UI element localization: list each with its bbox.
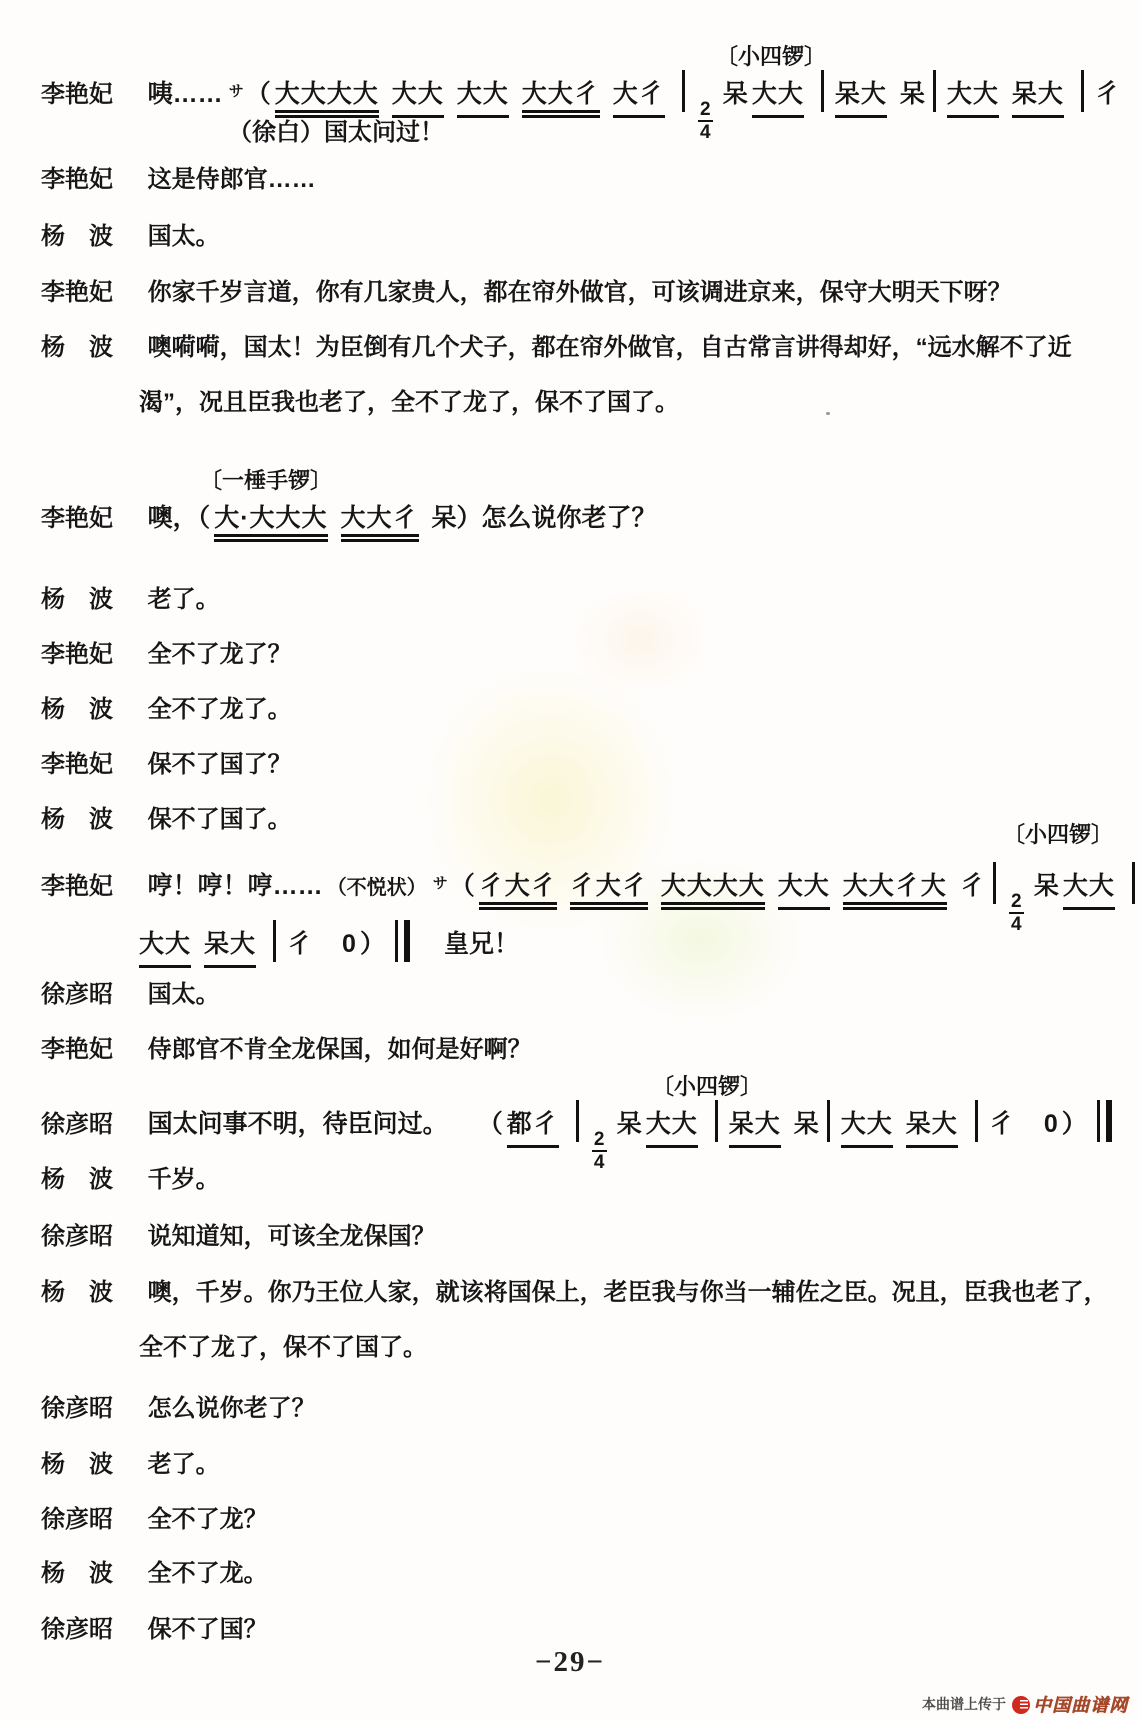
notation-text: 咦…… [148,80,223,108]
speaker-name: 杨 波 [41,331,133,364]
speaker-name: 徐彦昭 [41,1503,133,1536]
dialogue-text: 侍郎官不肯全龙保国，如何是好啊？ [148,1036,532,1063]
speaker-name: 徐彦昭 [41,1613,133,1646]
speaker-name: 徐彦昭 [41,978,133,1011]
dialogue-text: 全不了龙了。 [148,696,292,723]
notation-beat-group: 呆大 [835,78,887,118]
barline [1081,70,1084,112]
dialogue-text: 千岁。 [148,1166,220,1193]
notation-text: （ [478,1110,503,1138]
barline [273,920,276,962]
dialogue-row: 李艳妃 全不了龙了？ [0,638,1140,671]
dialogue-row: 杨 波 千岁。 [0,1163,1140,1196]
notation-beat-group: 大大 [947,78,999,118]
notation-text: 0 [342,930,356,958]
notation-beat-group: 大大 [646,1108,698,1148]
dialogue-row: 李艳妃 侍郎官不肯全龙保国，如何是好啊？ [0,1033,1140,1066]
barline [682,70,685,112]
speaker-name: 李艳妃 [41,163,133,196]
dialogue-text: 老了。 [148,1451,220,1478]
cymbal-syllable: サ [229,83,244,100]
speaker-name: 李艳妃 [41,748,133,781]
dialogue-row: 杨 波 老了。 [0,1448,1140,1481]
notation-beat-group: 呆大 [729,1108,781,1148]
final-barline [395,920,410,962]
notation-text: 彳 [1095,80,1120,108]
notation-text: 0 [1044,1110,1058,1138]
site-logo-icon [1012,1696,1030,1714]
notation-beat-group: 大大 [392,78,444,118]
speaker-name: 杨 波 [41,1163,133,1196]
luogu-notation: 噢，（大·大大大大大彳呆）怎么说你老了？ [148,504,661,532]
site-watermark: 本曲谱上传于中国曲谱网 [0,1691,1128,1717]
notation-beat-group: 大大 [841,1108,893,1148]
notation-text: （ [246,80,271,108]
speaker-name: 杨 波 [41,1557,133,1590]
logo-lines-icon [1020,1700,1028,1710]
notation-text: 呆 [723,80,748,108]
barline [821,70,824,112]
barline [933,70,936,112]
dialogue-row: 徐彦昭 保不了国？ [0,1613,1140,1646]
uploaded-by-text: 本曲谱上传于 [922,1696,1006,1712]
notation-beat-group: 大·大大大 [214,502,327,542]
notation-beat-group: 大大 [1063,870,1115,910]
notation-text: 彳 [960,872,985,900]
stage-direction-row: （徐白）国太问过！ [0,116,1140,149]
time-sig-numerator: 2 [594,1130,605,1149]
speaker-name: 李艳妃 [41,276,133,309]
percussion-label-center: 〔小四锣〕 [652,1070,762,1101]
speaker-name: 徐彦昭 [41,1108,133,1141]
dialogue-text: 全不了龙了？ [148,641,292,668]
luogu-notation: 国太问事不明，待臣问过。（都彳24呆大大呆大呆大大呆大彳0）侍郎官！ [148,1110,1140,1138]
speaker-name: 李艳妃 [41,78,133,111]
notation-beat-group: 大大 [457,78,509,118]
notation-text: 呆 [794,1110,819,1138]
speaker-name: 徐彦昭 [41,1220,133,1253]
notation-text: 彳 [287,930,312,958]
speaker-name: 杨 波 [41,1448,133,1481]
notation-text: 哼！哼！哼…… [148,872,323,900]
speaker-name: 杨 波 [41,803,133,836]
dialogue-row: 徐彦昭 说知道知，可该全龙保国？ [0,1220,1140,1253]
speaker-name: 杨 波 [41,1276,133,1309]
speaker-name: 杨 波 [41,220,133,253]
dialogue-row: 徐彦昭 国太问事不明，待臣问过。（都彳24呆大大呆大呆大大呆大彳0）侍郎官！ [0,1100,1140,1172]
barline [1132,862,1135,904]
dialogue-text: 国太。 [148,223,220,250]
dialogue-row: 徐彦昭 国太。 [0,978,1140,1011]
site-name: 中国曲谱网 [1033,1695,1128,1715]
dialogue-text: 噢，千岁。你乃王位人家，就该将国保上，老臣我与你当一辅佐之臣。况且，臣我也老了， [148,1279,1108,1306]
notation-beat-group: 大大大大 [275,78,379,118]
dialogue-row: 徐彦昭 怎么说你老了？ [0,1392,1140,1425]
dialogue-text: 说知道知，可该全龙保国？ [148,1223,436,1250]
dialogue-row: 李艳妃 保不了国了？ [0,748,1140,781]
notation-text: 皇兄！ [444,930,519,958]
percussion-label-hand-gong: 〔一棰手锣〕 [200,464,332,495]
dialogue-continuation-row: 渴”，况且臣我也老了，全不了龙了，保不了国了。 [0,386,1140,419]
speaker-name: 李艳妃 [41,638,133,671]
luogu-notation: 大大呆大彳0）皇兄！ [139,930,523,958]
dialogue-row: 杨 波 全不了龙了。 [0,693,1140,726]
notation-beat-group: 大大彳 [522,78,600,118]
notation-beat-group: 大大 [139,928,191,968]
notation-beat-group: 大彳 [613,78,665,118]
notation-text: 呆 [1034,872,1059,900]
dialogue-row: 李艳妃 噢，（大·大大大大大彳呆）怎么说你老了？ [0,502,1140,542]
notation-beat-group: 大大彳大 [843,870,947,910]
dialogue-text: 噢嗬嗬，国太！为臣倒有几个犬子，都在帘外做官，自古常言讲得却好，“远水解不了近 [148,334,1072,361]
dialogue-row: 杨 波 噢嗬嗬，国太！为臣倒有几个犬子，都在帘外做官，自古常言讲得却好，“远水解… [0,331,1140,364]
speaker-name: 杨 波 [41,693,133,726]
notation-text: 彳 [989,1110,1014,1138]
dialogue-text: 渴”，况且臣我也老了，全不了龙了，保不了国了。 [139,389,679,416]
dialogue-row: 杨 波 老了。 [0,583,1140,616]
dialogue-row: 杨 波 全不了龙。 [0,1557,1140,1590]
notation-beat-group: 大大大大 [661,870,765,910]
notation-text: （ [450,872,475,900]
percussion-label-top: 〔小四锣〕 [716,40,826,71]
luogu-notation: 咦……サ（大大大大大大大大大大彳大彳24呆大大呆大呆大大呆大彳0） [148,80,1140,108]
dialogue-text: 老了。 [148,586,220,613]
notation-text: 呆 [617,1110,642,1138]
notation-beat-group: 呆大 [204,928,256,968]
notation-annotation: （不悦状） [327,877,427,899]
barline [827,1100,830,1142]
dialogue-row: 杨 波 噢，千岁。你乃王位人家，就该将国保上，老臣我与你当一辅佐之臣。况且，臣我… [0,1276,1140,1309]
notation-text: ） [1062,1110,1087,1138]
notation-beat-group: 大大彳 [341,502,419,542]
notation-beat-group: 大大 [778,870,830,910]
dialogue-row: 李艳妃 这是侍郎官…… [0,163,1140,196]
time-sig-numerator: 2 [1011,892,1022,911]
final-barline [1097,1100,1112,1142]
luogu-notation: 哼！哼！哼……（不悦状）サ（彳大彳彳大彳大大大大大大大大彳大彳24呆大大呆大呆 [148,872,1140,900]
barline [715,1100,718,1142]
notation-beat-group: 彳大彳 [479,870,557,910]
notation-continuation-row: 大大呆大彳0）皇兄！ [0,920,1140,968]
dialogue-row: 徐彦昭 全不了龙？ [0,1503,1140,1536]
dialogue-text: 保不了国了？ [148,751,292,778]
dialogue-text: 这是侍郎官…… [148,166,316,193]
dialogue-text: 保不了国？ [148,1616,268,1643]
speaker-name: 李艳妃 [41,502,133,535]
dialogue-row: 李艳妃 你家千岁言道，你有几家贵人，都在帘外做官，可该调进京来，保守大明天下呀？ [0,276,1140,309]
barline [576,1100,579,1142]
dialogue-text: 全不了龙？ [148,1506,268,1533]
percussion-label-right: 〔小四锣〕 [1003,818,1113,849]
barline [993,862,996,904]
dialogue-continuation-row: 全不了龙了，保不了国了。 [0,1331,1140,1364]
score-page: 〔小四锣〕 李艳妃 咦……サ（大大大大大大大大大大彳大彳24呆大大呆大呆大大呆大… [0,0,1140,1720]
notation-text: 呆 [900,80,925,108]
dialogue-row: 杨 波 保不了国了。 [0,803,1140,836]
dialogue-text: 全不了龙。 [148,1560,268,1587]
speaker-name: 李艳妃 [41,1033,133,1066]
notation-beat-group: 彳大彳 [570,870,648,910]
stage-direction-text: （徐白）国太问过！ [228,119,444,146]
notation-beat-group: 呆大 [906,1108,958,1148]
notation-text: ） [360,930,385,958]
notation-text: 国太问事不明，待臣问过。 [148,1110,448,1138]
dialogue-row: 杨 波 国太。 [0,220,1140,253]
notation-beat-group: 都彳 [507,1108,559,1148]
speaker-name: 李艳妃 [41,870,133,903]
page-number: −29− [0,1646,1140,1679]
notation-beat-group: 呆大 [1012,78,1064,118]
notation-text: 噢，（ [148,504,211,532]
notation-text: 呆）怎么说你老了？ [432,504,657,532]
speaker-name: 徐彦昭 [41,1392,133,1425]
notation-beat-group: 大大 [752,78,804,118]
speaker-name: 杨 波 [41,583,133,616]
cymbal-syllable: サ [433,875,448,892]
dialogue-text: 你家千岁言道，你有几家贵人，都在帘外做官，可该调进京来，保守大明天下呀？ [148,279,1012,306]
dialogue-text: 国太。 [148,981,220,1008]
dialogue-text: 全不了龙了，保不了国了。 [139,1334,427,1361]
barline [975,1100,978,1142]
dialogue-text: 保不了国了。 [148,806,292,833]
dialogue-text: 怎么说你老了？ [148,1395,316,1422]
